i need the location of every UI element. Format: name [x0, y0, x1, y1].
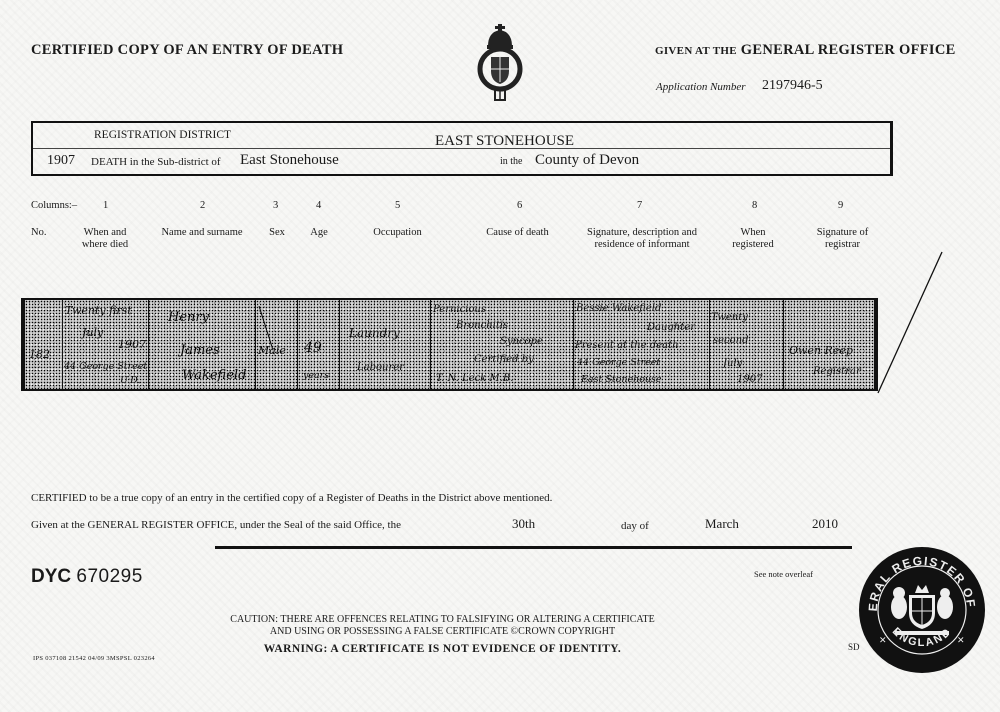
death-place: 44 George Street [64, 361, 147, 372]
registrar-title: Registrar [813, 366, 861, 377]
entry-cell-registrar: Owen Reep Registrar [783, 300, 874, 389]
caution-line-1: CAUTION: THERE ARE OFFENCES RELATING TO … [205, 614, 680, 626]
column-number-8: 8 [752, 200, 757, 211]
sex-value: Male [258, 344, 286, 357]
registration-district-label: REGISTRATION DISTRICT [94, 129, 231, 141]
forename: Henry [168, 310, 209, 325]
middle-name: James [180, 343, 220, 358]
informant-name: Bessie Wakefield [576, 303, 661, 314]
entry-cell-occupation: Laundry Labourer [339, 300, 431, 389]
certificate-title: CERTIFIED COPY OF AN ENTRY OF DEATH [31, 42, 343, 59]
age-unit: years [303, 370, 329, 381]
column-number-3: 3 [273, 200, 278, 211]
print-code: IPS 037108 21542 04/09 3MSPSL 023264 [33, 655, 155, 662]
registration-district-value: EAST STONEHOUSE [435, 133, 574, 150]
caution-line-2: AND USING OR POSSESSING A FALSE CERTIFIC… [205, 626, 680, 638]
informant-presence: Present at the death [575, 340, 679, 351]
serial-prefix: DYC [31, 566, 71, 587]
columns-label: Columns:– [31, 200, 77, 211]
death-month: July [82, 326, 103, 339]
county-value: County of Devon [535, 152, 639, 169]
header-cause: Cause of death [470, 227, 565, 239]
column-number-4: 4 [316, 200, 321, 211]
caution-notice: CAUTION: THERE ARE OFFENCES RELATING TO … [205, 614, 680, 638]
certificate-serial: DYC 670295 [31, 566, 143, 588]
death-entry-row: 182 Twenty first July 1907 44 George Str… [21, 298, 878, 391]
header-occupation: Occupation [350, 227, 445, 239]
informant-relation: Daughter [647, 322, 695, 333]
header-informant: Signature, description andresidence of i… [578, 227, 706, 251]
given-statement: Given at the GENERAL REGISTER OFFICE, un… [31, 519, 401, 531]
in-the-label: in the [500, 156, 523, 167]
header-registered: Whenregistered [718, 227, 788, 251]
occupation-line-2: Labourer [357, 362, 404, 373]
certified-statement: CERTIFIED to be a true copy of an entry … [31, 492, 552, 504]
cause-line-1: Pernicious [433, 304, 486, 315]
identity-warning: WARNING: A CERTIFICATE IS NOT EVIDENCE O… [205, 643, 680, 655]
gro-seal-icon: GENERAL REGISTER OFFICE ENGLAND ✕ ✕ [857, 545, 987, 675]
informant-town: East Stonehouse [581, 374, 662, 385]
informant-address: 44 George Street [577, 357, 660, 368]
day-of-label: day of [621, 520, 649, 532]
application-number-label: Application Number [656, 81, 746, 93]
certified-by: Certified by [474, 354, 534, 365]
registered-year: 1907 [737, 374, 762, 385]
issue-month: March [705, 516, 739, 532]
given-at-office: GENERAL REGISTER OFFICE [741, 42, 956, 58]
column-number-2: 2 [200, 200, 205, 211]
entry-cell-sex: Male [255, 300, 298, 389]
column-number-5: 5 [395, 200, 400, 211]
serial-number: 670295 [76, 566, 142, 587]
issue-year: 2010 [812, 516, 838, 532]
see-note-overleaf: See note overleaf [754, 569, 813, 579]
entry-cell-name: Henry James Wakefield [148, 300, 256, 389]
entry-cell-registered: Twenty second July 1907 [709, 300, 784, 389]
column-number-1: 1 [103, 200, 108, 211]
registration-district-box: REGISTRATION DISTRICT EAST STONEHOUSE 19… [31, 121, 893, 176]
age-value: 49 [304, 340, 322, 356]
cause-line-3: Syncope [500, 336, 543, 347]
column-number-9: 9 [838, 200, 843, 211]
royal-crest-icon [474, 24, 526, 104]
death-year: 1907 [118, 338, 146, 351]
application-number-value: 2197946-5 [762, 78, 823, 94]
header-sex: Sex [260, 227, 294, 239]
surname: Wakefield [182, 368, 246, 383]
cancel-diagonal-line [876, 250, 946, 395]
given-at-prefix: GIVEN AT THE [655, 45, 737, 57]
death-place-district: U.D. [120, 375, 140, 386]
registrar-signature: Owen Reep [789, 344, 853, 357]
header-when-where: When andwhere died [70, 227, 140, 251]
entry-cell-age: 49 years [297, 300, 340, 389]
entry-number: 182 [29, 348, 50, 361]
death-subdistrict-label: DEATH in the Sub-district of [91, 156, 221, 168]
given-at-title: GIVEN AT THE GENERAL REGISTER OFFICE [655, 42, 956, 59]
header-name: Name and surname [152, 227, 252, 239]
column-number-6: 6 [517, 200, 522, 211]
svg-text:✕: ✕ [879, 635, 887, 645]
certifying-doctor: T. N. Leck M.B. [436, 373, 513, 384]
entry-cell-cause: Pernicious Bronchitis Syncope Certified … [430, 300, 574, 389]
registered-day-2: second [713, 335, 749, 346]
column-number-7: 7 [637, 200, 642, 211]
header-age: Age [301, 227, 337, 239]
signature-rule [215, 546, 852, 549]
registered-day-1: Twenty [711, 312, 748, 323]
header-registrar: Signature ofregistrar [800, 227, 885, 251]
cause-line-2: Bronchitis [456, 320, 508, 331]
issue-day: 30th [512, 516, 535, 532]
entry-cell-no: 182 [25, 300, 63, 389]
entry-cell-when-where: Twenty first July 1907 44 George Street … [62, 300, 149, 389]
registration-year: 1907 [47, 153, 75, 169]
occupation-line-1: Laundry [349, 326, 400, 340]
death-date-line: Twenty first [65, 304, 132, 317]
registered-month: July [723, 358, 742, 369]
entry-cell-informant: Bessie Wakefield Daughter Present at the… [573, 300, 710, 389]
subdistrict-value: East Stonehouse [240, 152, 339, 169]
header-no: No. [31, 227, 51, 239]
svg-text:✕: ✕ [957, 635, 965, 645]
